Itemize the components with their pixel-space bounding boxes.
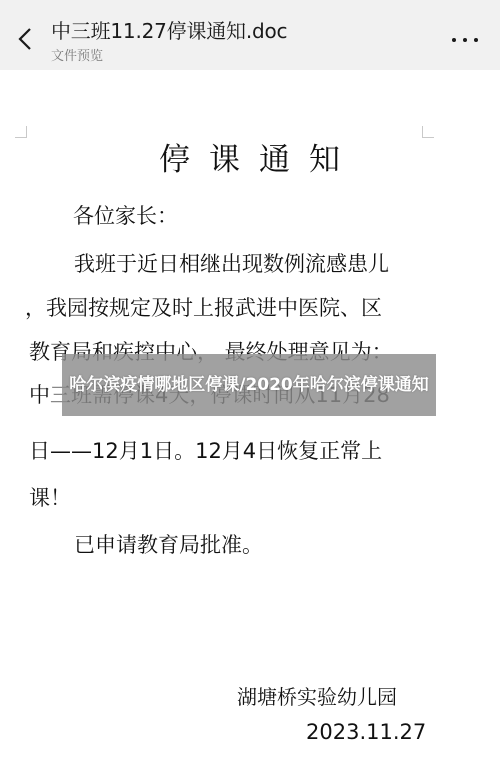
top-bar: 中三班11.27停课通知.doc 文件预览 <box>0 0 500 70</box>
body-line: ，我园按规定及时上报武进中医院、区 <box>25 292 382 322</box>
more-options-button[interactable] <box>448 30 482 50</box>
document-preview[interactable]: 停课通知 各位家长： 我班于近日相继出现数例流感患儿 ，我园按规定及时上报武进中… <box>0 70 500 772</box>
body-line: 我班于近日相继出现数例流感患儿 <box>74 248 389 278</box>
document-heading: 停课通知 <box>0 134 500 179</box>
body-line: 日——12月1日。12月4日恢复正常上 <box>29 435 382 465</box>
back-button[interactable] <box>12 24 38 54</box>
approval-line: 已申请教育局批准。 <box>74 529 263 559</box>
overlay-caption-text: 哈尔滨疫情哪地区停课/2020年哈尔滨停课通知 <box>69 374 429 397</box>
overlay-caption-banner: 哈尔滨疫情哪地区停课/2020年哈尔滨停课通知 <box>62 354 436 416</box>
date: 2023.11.27 <box>306 720 426 744</box>
salutation: 各位家长： <box>73 200 178 230</box>
more-dot-icon <box>474 38 478 42</box>
file-preview-label: 文件预览 <box>51 45 103 64</box>
signature: 湖塘桥实验幼儿园 <box>237 681 397 710</box>
chevron-left-icon <box>18 27 32 51</box>
file-title: 中三班11.27停课通知.doc <box>51 15 287 44</box>
body-line: 课！ <box>29 482 71 512</box>
more-dot-icon <box>452 38 456 42</box>
more-dot-icon <box>463 38 467 42</box>
